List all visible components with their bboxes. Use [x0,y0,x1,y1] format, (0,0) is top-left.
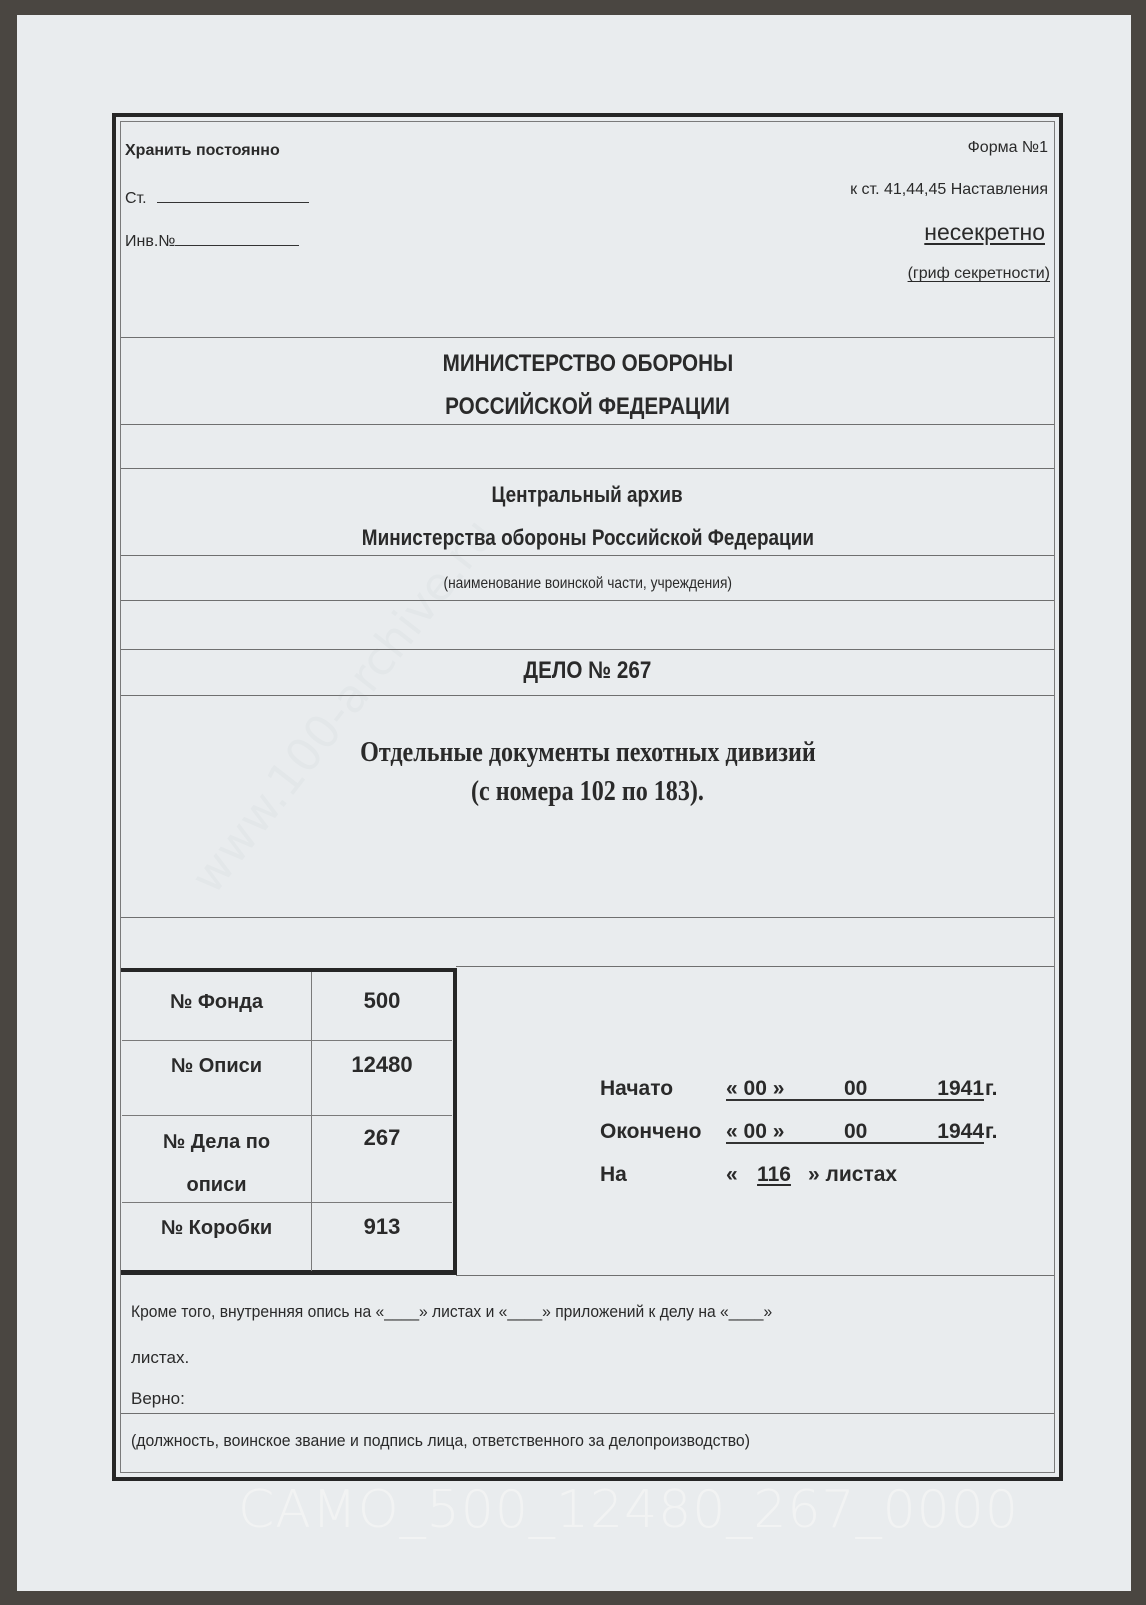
table-row-divider [122,1040,452,1041]
rule [121,695,1054,696]
ended-month: 00 [844,1120,867,1144]
verified-label: Верно: [131,1389,185,1409]
case-description-line1: Отдельные документы пехотных дивизий [121,737,1054,769]
article-blank [157,186,309,203]
ministry-line2: РОССИЙСКОЙ ФЕДЕРАЦИИ [121,393,1054,421]
table-row-label: № Описи [122,1055,311,1078]
started-month: 00 [844,1077,867,1101]
classification-caption: (гриф секретности) [908,265,1050,283]
sheets-close: » листах [808,1163,897,1187]
table-row-value: 913 [312,1214,452,1240]
rule [121,555,1054,556]
table-row-label: № Фонда [122,991,311,1014]
case-title: ДЕЛО № 267 [121,657,1054,685]
inventory-blank [175,229,299,246]
rule [121,468,1054,469]
sheets-label: На [600,1163,627,1187]
rule [121,337,1054,338]
signature-caption: (должность, воинское звание и подпись ли… [131,1431,797,1451]
rule [456,1275,1054,1276]
started-date: « 00 » 00 1941 [726,1077,984,1101]
started-year-suffix: г. [985,1077,997,1101]
sheets-open: « [726,1163,738,1187]
additional-inventory-line: Кроме того, внутренняя опись на «____» л… [131,1302,1051,1322]
archive-line1: Центральный архив [121,482,1054,508]
article-label: Ст. [125,190,147,207]
rule [121,600,1054,601]
archive-line2: Министерства обороны Российской Федераци… [121,525,1054,551]
rule [121,917,1054,918]
started-day: « 00 » [726,1077,784,1101]
started-year: 1941 [937,1077,984,1101]
table-row-label: № Дела по [122,1131,311,1154]
rule [121,424,1054,425]
case-description-line2: (с номера 102 по 183). [121,776,1054,808]
ministry-line1: МИНИСТЕРСТВО ОБОРОНЫ [121,350,1054,378]
classification-stamp: несекретно [924,219,1045,246]
inventory-field: Инв.№ [125,229,299,251]
retention-label: Хранить постоянно [125,142,280,160]
table-row-divider [122,1115,452,1116]
rule [121,1413,1054,1414]
archive-caption: (наименование воинской части, учреждения… [121,575,1054,593]
ended-date: « 00 » 00 1944 [726,1120,984,1144]
table-row-label-cont: описи [122,1174,311,1197]
form-reference: к ст. 41,44,45 Наставления [850,181,1048,199]
ended-day: « 00 » [726,1120,784,1144]
additional-inventory-cont: листах. [131,1348,189,1368]
table-row-label: № Коробки [122,1217,311,1240]
table-row-value: 500 [312,988,452,1014]
ended-label: Окончено [600,1120,701,1144]
table-row-divider [122,1202,452,1203]
inventory-label: Инв.№ [125,233,175,250]
ended-year-suffix: г. [985,1120,997,1144]
rule [121,649,1054,650]
sheets-count: 116 [741,1163,807,1187]
form-number: Форма №1 [968,139,1048,157]
table-row-value: 12480 [312,1052,452,1078]
started-label: Начато [600,1077,673,1101]
table-row-value: 267 [312,1125,452,1151]
file-id-watermark: CAMO_500_12480_267_0000 [238,1480,1019,1540]
article-field: Ст. [125,186,309,208]
ended-year: 1944 [937,1120,984,1144]
rule [456,966,1054,967]
